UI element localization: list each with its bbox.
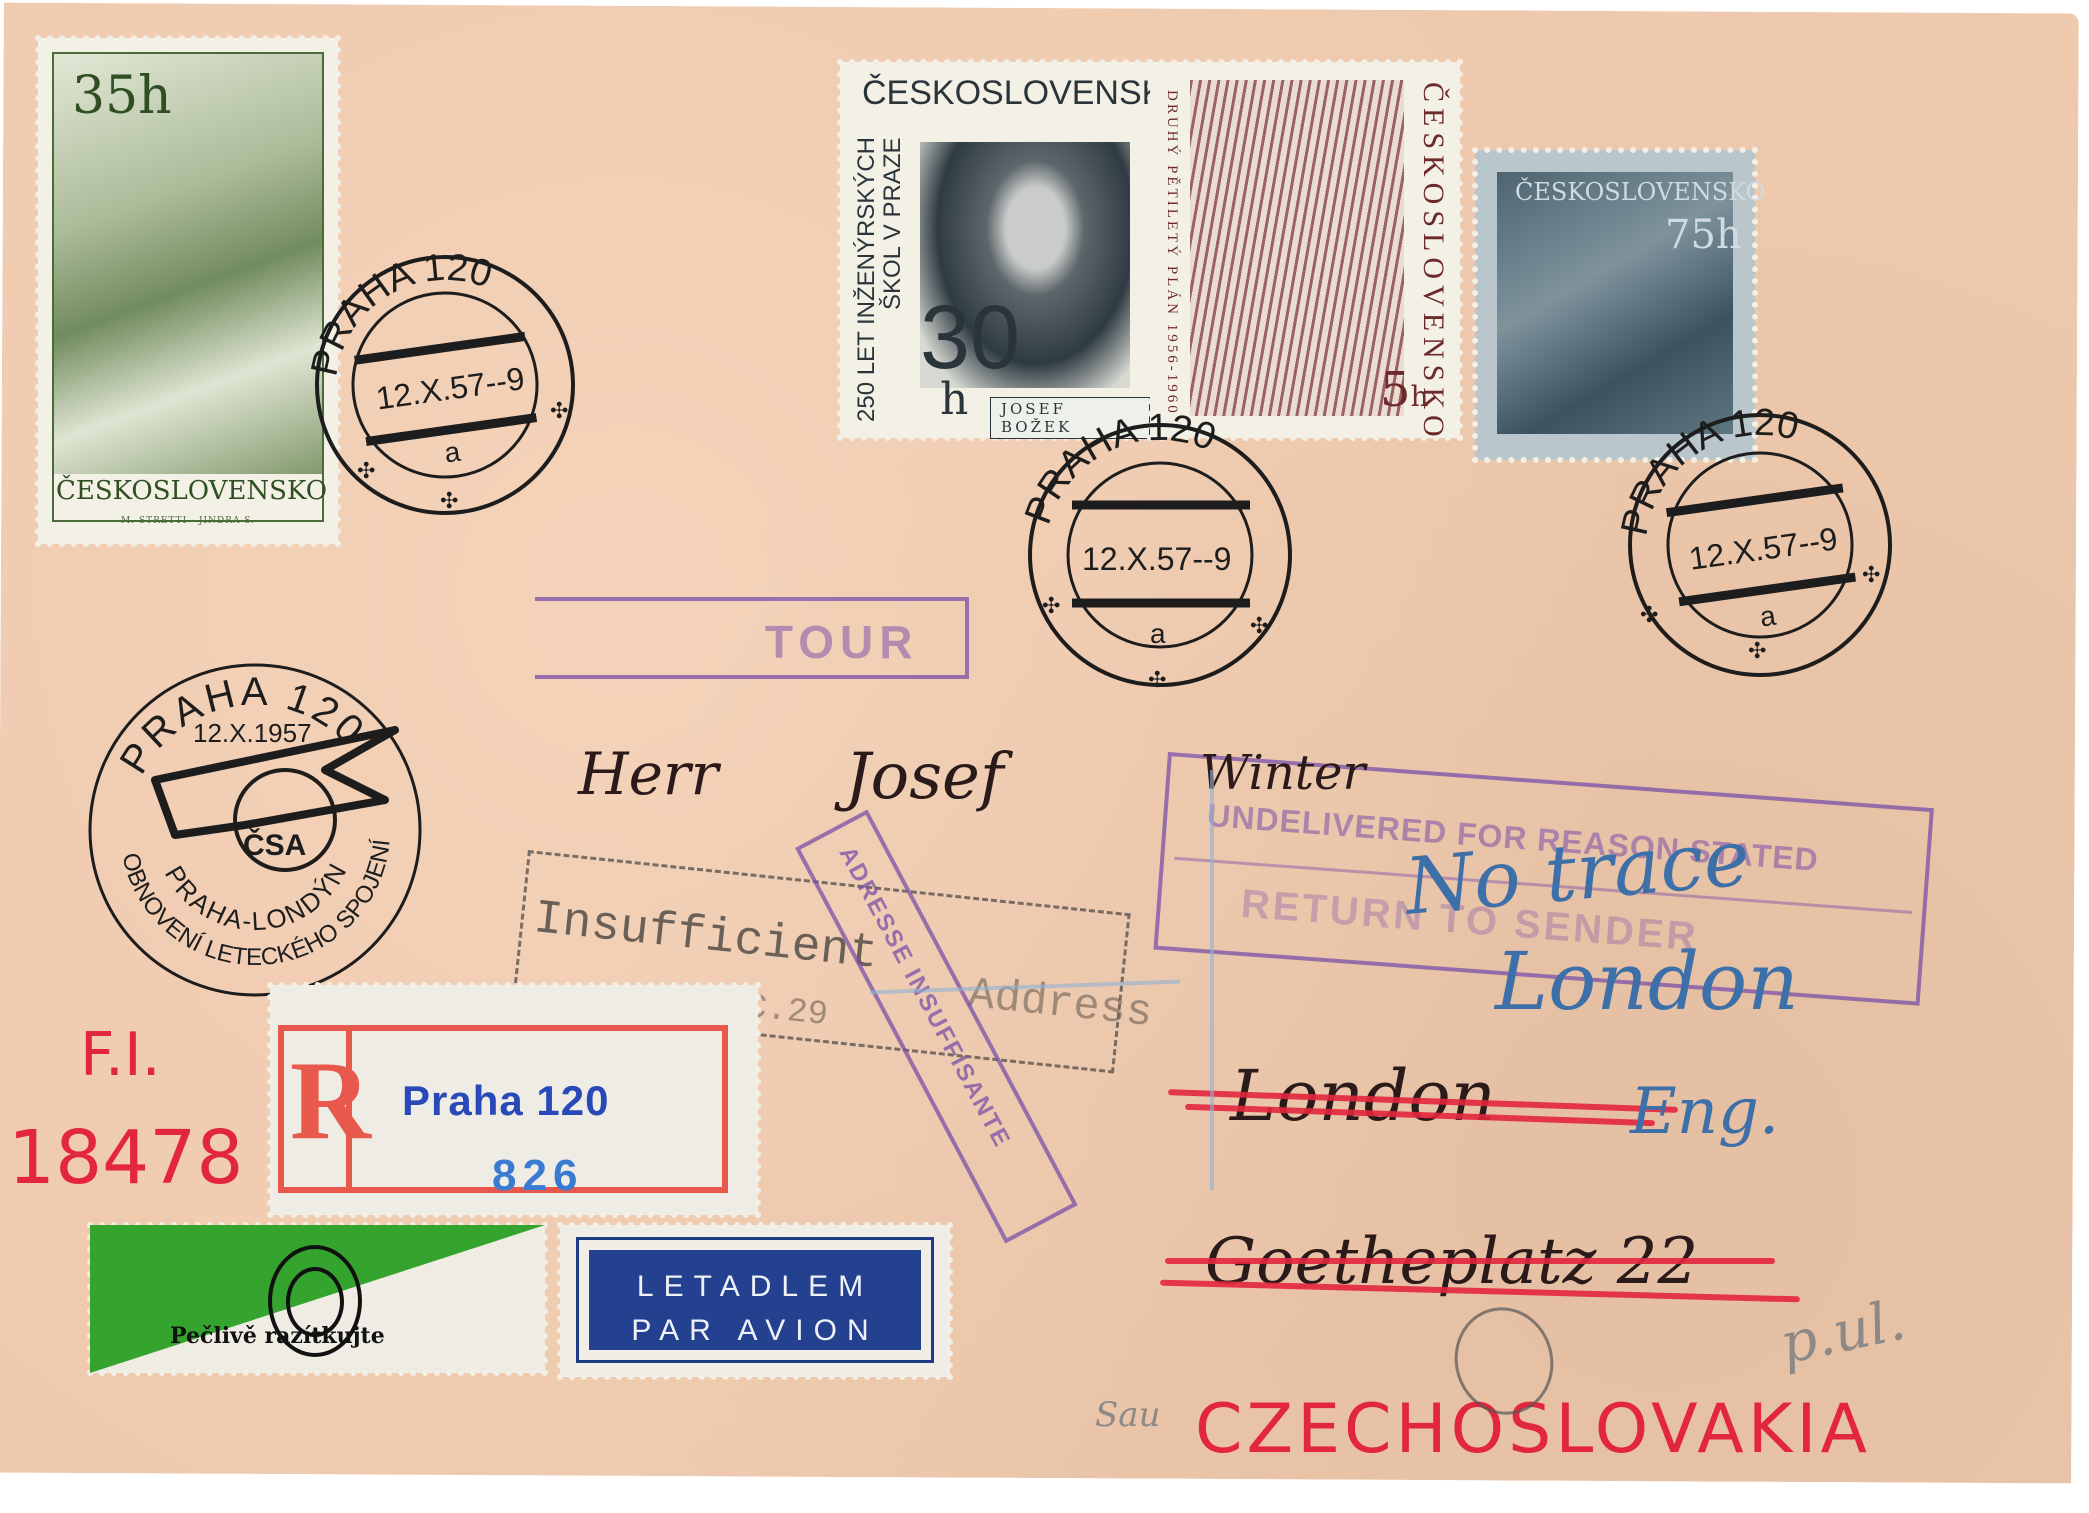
svg-text:✣: ✣ (1250, 613, 1268, 638)
postmark-1: PRAHA 120 12.X.57--9 a ✣✣✣ (295, 240, 595, 520)
postmark-2: PRAHA 120 12.X.57--9 a ✣✣✣ (1000, 405, 1320, 695)
stamp-5h: DRUHÝ PĚTILETÝ PLÁN 1956-1960 ČESKOSLOVE… (1150, 62, 1460, 438)
registration-office: Praha 120 (402, 1077, 609, 1125)
svg-text:PRAHA 120: PRAHA 120 (1600, 400, 1818, 544)
stamp-value: 75h (1665, 212, 1742, 258)
svg-text:a: a (1758, 600, 1778, 633)
strike-line (1165, 1258, 1775, 1264)
blue-note-city: London (1495, 935, 1799, 1028)
stamp-country: ČESKOSLOVENSKO (1515, 178, 1765, 206)
stamp-artwork (1190, 80, 1404, 416)
svg-text:a: a (442, 436, 462, 469)
stamp-country: ČESKOSLOVENSKO (56, 476, 320, 506)
red-ref-fi: F.I. (80, 1020, 161, 1090)
blue-pencil-line (1210, 770, 1214, 1190)
airmail-label: LETADLEM PAR AVION (560, 1225, 950, 1377)
pencil-note-2: Sau (1095, 1395, 1160, 1435)
stamp-value: 35h (72, 66, 172, 126)
registration-letter: R (290, 1045, 371, 1157)
retour-handstamp: TOUR (535, 597, 969, 679)
stamp-country: ČESKOSLOVENSKO (862, 74, 1191, 113)
blue-note-country: Eng. (1630, 1075, 1779, 1149)
airmail-line-1: LETADLEM (589, 1270, 921, 1304)
svg-text:✣: ✣ (550, 398, 568, 423)
registration-number: 826 (492, 1151, 583, 1201)
address-salutation: Herr (578, 740, 718, 808)
svg-text:✣: ✣ (1640, 602, 1658, 627)
stamp-unit: h (940, 374, 968, 425)
airmail-line-2: PAR AVION (589, 1314, 921, 1348)
stamp-30h: ČESKOSLOVENSKO 250 LET INŽENÝRSKÝCH ŠKOL… (840, 62, 1150, 438)
green-cancel-label: Pečlivě razítkujte (90, 1225, 545, 1373)
svg-text:12.X.57--9: 12.X.57--9 (1687, 520, 1840, 576)
svg-text:ČSA: ČSA (243, 828, 306, 862)
svg-text:PRAHA 120: PRAHA 120 (295, 240, 511, 385)
svg-text:✣: ✣ (440, 488, 458, 513)
stamp-designer: M. STRETTI - JINDRA S. (38, 516, 338, 526)
stamp-value: 30 (920, 287, 1020, 390)
csa-commemorative-cancel: PRAHA 120 12.X.1957 ČSA PRAHA-LONDÝN OBN… (75, 650, 435, 1010)
svg-text:a: a (1150, 618, 1166, 649)
registration-label: R Praha 120 826 (270, 985, 758, 1215)
postmark-3: PRAHA 120 12.X.57--9 a ✣✣✣ (1600, 400, 1920, 690)
svg-text:✣: ✣ (357, 458, 375, 483)
svg-text:✣: ✣ (1148, 667, 1166, 692)
red-ref-number: 18478 (8, 1115, 243, 1201)
address-surname: Winter (1200, 745, 1365, 801)
svg-text:✣: ✣ (1748, 638, 1766, 663)
svg-text:12.X.1957: 12.X.1957 (193, 718, 312, 748)
svg-text:✣: ✣ (1862, 562, 1880, 587)
stamp-side-text: DRUHÝ PĚTILETÝ PLÁN 1956-1960 (1163, 90, 1180, 416)
ring-icon (286, 1267, 344, 1337)
svg-text:✣: ✣ (1042, 593, 1060, 618)
address-first-name: Josef (845, 740, 1004, 814)
svg-text:12.X.57--9: 12.X.57--9 (374, 360, 527, 416)
stamp-35h: 35h ČESKOSLOVENSKO M. STRETTI - JINDRA S… (38, 38, 338, 544)
stamp-value: 5h (1380, 362, 1429, 418)
stamp-side-text: 250 LET INŽENÝRSKÝCH ŠKOL V PRAZE (854, 137, 906, 422)
svg-text:12.X.57--9: 12.X.57--9 (1082, 541, 1231, 577)
